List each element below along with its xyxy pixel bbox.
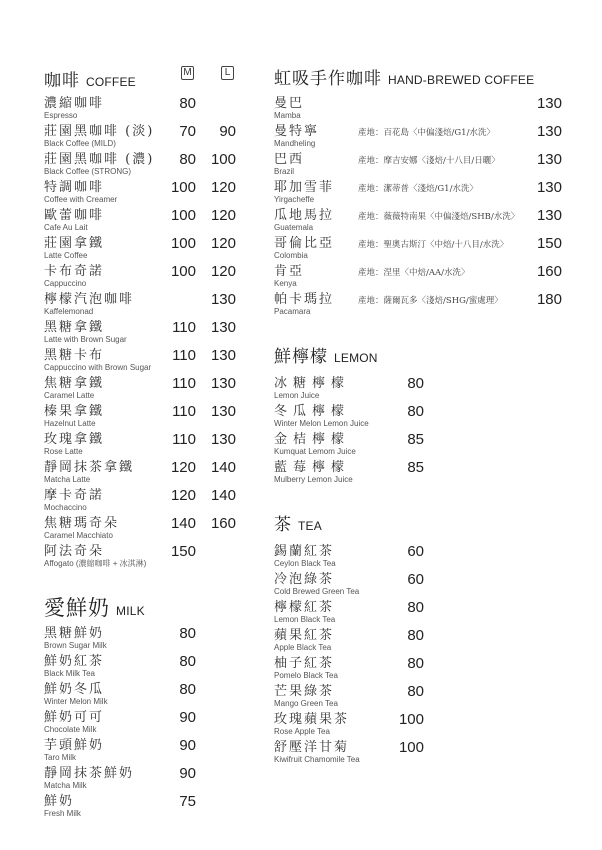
price-m: 110	[156, 432, 196, 448]
price-l: 130	[196, 348, 236, 364]
item-name-en: Coffee with Creamer	[44, 195, 117, 205]
menu-item: 鮮奶紅茶Black Milk Tea80	[44, 654, 104, 680]
item-name-zh: 金桔檸檬	[274, 432, 356, 447]
item-name-en: Mamba	[274, 111, 574, 121]
menu-item: 柚子紅茶Pomelo Black Tea80	[274, 656, 338, 682]
item-name-en: Cappuccino with Brown Sugar	[44, 363, 151, 373]
menu-item: 靜岡抹茶鮮奶Matcha Milk90	[44, 766, 134, 792]
price-m: 100	[156, 180, 196, 196]
item-name-en: Fresh Milk	[44, 809, 81, 819]
menu-item: 巴西Brazil產地：摩吉安娜〈淺焙/十八目/日曬〉130	[274, 152, 574, 178]
item-name-zh: 黑糖拿鐵	[44, 320, 127, 335]
item-name-zh: 黑糖鮮奶	[44, 626, 107, 641]
item-name-en: Cafe Au Lait	[44, 223, 104, 233]
menu-item: 冰糖檸檬Lemon Juice80	[274, 376, 350, 402]
price: 130	[522, 180, 562, 196]
item-name-en: Rose Latte	[44, 447, 104, 457]
price: 150	[522, 236, 562, 252]
price: 80	[384, 376, 424, 392]
price-l: 120	[196, 208, 236, 224]
price-l: 130	[196, 432, 236, 448]
item-name-zh: 阿法奇朵	[44, 544, 146, 559]
price-m: 110	[156, 376, 196, 392]
menu-item: 黑糖鮮奶Brown Sugar Milk80	[44, 626, 107, 652]
menu-item: 哥倫比亞Colombia產地：聖奧古斯汀〈中焙/十八目/水洗〉150	[274, 236, 574, 262]
item-name-en: Chocolate Milk	[44, 725, 104, 735]
section-title-en: HAND-BREWED COFFEE	[388, 73, 534, 87]
item-name-zh: 鮮奶	[44, 794, 81, 809]
item-name-zh: 玫瑰蘋果茶	[274, 712, 349, 727]
item-name-zh: 玫瑰拿鐵	[44, 432, 104, 447]
item-name-zh: 芋頭鮮奶	[44, 738, 104, 753]
item-name-zh: 莊園黑咖啡 (淡)	[44, 124, 154, 139]
price-l: 120	[196, 236, 236, 252]
size-l-badge: L	[221, 66, 234, 80]
item-name-zh: 錫蘭紅茶	[274, 544, 336, 559]
item-name-en: Rose Apple Tea	[274, 727, 349, 737]
item-name-zh: 靜岡抹茶鮮奶	[44, 766, 134, 781]
price-l: 130	[196, 292, 236, 308]
price-m: 100	[156, 236, 196, 252]
menu-item: 檸檬紅茶Lemon Black Tea80	[274, 600, 335, 626]
item-name-zh: 柚子紅茶	[274, 656, 338, 671]
price: 130	[522, 124, 562, 140]
item-name-en: Black Coffee (STRONG)	[44, 167, 154, 177]
item-name-en: Latte Coffee	[44, 251, 104, 261]
menu-item: 藍莓檸檬Mulberry Lemon Juice85	[274, 460, 353, 486]
menu-item: 冷泡綠茶Cold Brewed Green Tea60	[274, 572, 359, 598]
price-m: 100	[156, 208, 196, 224]
price: 80	[384, 656, 424, 672]
price-m: 120	[156, 460, 196, 476]
price: 130	[522, 96, 562, 112]
section-title-zh: 虹吸手作咖啡	[274, 64, 382, 89]
price: 180	[522, 292, 562, 308]
menu-item: 耶加雪菲Yirgacheffe產地：潔蒂普〈淺焙/G1/水洗〉130	[274, 180, 574, 206]
item-name-zh: 鮮奶可可	[44, 710, 104, 725]
section-title-en: MILK	[116, 604, 145, 618]
menu-item: 焦糖拿鐵Caramel Latte110130	[44, 376, 104, 402]
menu-item: 帕卡瑪拉Pacamara產地：薩爾瓦多〈淺焙/SHG/蜜處理〉180	[274, 292, 574, 318]
price: 80	[384, 684, 424, 700]
origin-note: 產地：薇薇特南果〈中偏淺焙/SHB/水洗〉	[358, 210, 519, 222]
price-l: 160	[196, 516, 236, 532]
item-name-zh: 莊園黑咖啡 (濃)	[44, 152, 154, 167]
item-name-zh: 冷泡綠茶	[274, 572, 359, 587]
item-name-en: Hazelnut Latte	[44, 419, 104, 429]
price: 130	[522, 152, 562, 168]
price-m: 80	[156, 96, 196, 112]
section-title-en: TEA	[298, 519, 322, 533]
menu-item: 鮮奶可可Chocolate Milk90	[44, 710, 104, 736]
price: 100	[384, 712, 424, 728]
price: 80	[156, 654, 196, 670]
item-name-zh: 檸檬紅茶	[274, 600, 335, 615]
item-name-en: Winter Melon Milk	[44, 697, 108, 707]
menu-item: 玫瑰拿鐵Rose Latte110130	[44, 432, 104, 458]
item-name-zh: 黑糖卡布	[44, 348, 151, 363]
item-name-zh: 鮮奶紅茶	[44, 654, 104, 669]
item-name-zh: 靜岡抹茶拿鐵	[44, 460, 134, 475]
menu-item: 錫蘭紅茶Ceylon Black Tea60	[274, 544, 336, 570]
menu-item: 靜岡抹茶拿鐵Matcha Latte120140	[44, 460, 134, 486]
item-name-en: Guatemala	[274, 223, 574, 233]
coffee-section-header: 咖啡 COFFEE	[44, 66, 136, 91]
item-name-en: Mulberry Lemon Juice	[274, 475, 353, 485]
menu-item: 阿法奇朵Affogato (濃縮咖啡 + 冰淇淋)150	[44, 544, 146, 570]
menu-item: 莊園黑咖啡 (濃)Black Coffee (STRONG)80100	[44, 152, 154, 178]
menu-item: 曼特寧Mandheling產地：百花島〈中偏淺焙/G1/水洗〉130	[274, 124, 574, 150]
price-m: 110	[156, 348, 196, 364]
price: 80	[384, 628, 424, 644]
item-name-en: Mochaccino	[44, 503, 104, 513]
item-name-en: Cappuccino	[44, 279, 104, 289]
section-title-zh: 愛鮮奶	[44, 592, 110, 622]
menu-item: 焦糖瑪奇朵Caramel Macchiato140160	[44, 516, 119, 542]
price-l: 120	[196, 264, 236, 280]
price-l: 140	[196, 460, 236, 476]
item-name-zh: 特調咖啡	[44, 180, 117, 195]
milk-section-header: 愛鮮奶 MILK	[44, 592, 145, 622]
item-name-zh: 莊園拿鐵	[44, 236, 104, 251]
price-l: 120	[196, 180, 236, 196]
size-m-badge: M	[181, 66, 194, 80]
menu-item: 摩卡奇諾Mochaccino120140	[44, 488, 104, 514]
price-m: 100	[156, 264, 196, 280]
item-name-en: Pomelo Black Tea	[274, 671, 338, 681]
menu-item: 舒壓洋甘菊Kiwifruit Chamomile Tea100	[274, 740, 360, 766]
price: 85	[384, 460, 424, 476]
item-name-zh: 卡布奇諾	[44, 264, 104, 279]
price: 100	[384, 740, 424, 756]
price: 75	[156, 794, 196, 810]
item-name-en: Kenya	[274, 279, 574, 289]
menu-item: 曼巴Mamba130	[274, 96, 574, 122]
item-name-en: Mandheling	[274, 139, 574, 149]
price: 130	[522, 208, 562, 224]
item-name-en: Black Coffee (MILD)	[44, 139, 154, 149]
section-title-en: LEMON	[334, 351, 378, 365]
price: 60	[384, 572, 424, 588]
menu-item: 蘋果紅茶Apple Black Tea80	[274, 628, 334, 654]
price-l: 130	[196, 376, 236, 392]
menu-item: 金桔檸檬Kumquat Lemom Juice85	[274, 432, 356, 458]
origin-note: 產地：潔蒂普〈淺焙/G1/水洗〉	[358, 182, 478, 194]
item-name-en: Black Milk Tea	[44, 669, 104, 679]
origin-note: 產地：摩吉安娜〈淺焙/十八目/日曬〉	[358, 154, 500, 166]
price-m: 70	[156, 124, 196, 140]
menu-item: 玫瑰蘋果茶Rose Apple Tea100	[274, 712, 349, 738]
item-name-en: Ceylon Black Tea	[274, 559, 336, 569]
item-name-en: Mango Green Tea	[274, 699, 338, 709]
item-name-en: Apple Black Tea	[274, 643, 334, 653]
price: 80	[384, 404, 424, 420]
menu-item: 莊園拿鐵Latte Coffee100120	[44, 236, 104, 262]
item-name-zh: 焦糖拿鐵	[44, 376, 104, 391]
item-name-zh: 鮮奶冬瓜	[44, 682, 108, 697]
price: 85	[384, 432, 424, 448]
item-name-en: Cold Brewed Green Tea	[274, 587, 359, 597]
item-name-en: Kaffelemonad	[44, 307, 134, 317]
price: 80	[156, 682, 196, 698]
price: 80	[384, 600, 424, 616]
item-name-zh: 榛果拿鐵	[44, 404, 104, 419]
section-title-zh: 咖啡	[44, 66, 80, 91]
item-name-zh: 檸檬汽泡咖啡	[44, 292, 134, 307]
item-name-en: Espresso	[44, 111, 104, 121]
menu-item: 芒果綠茶Mango Green Tea80	[274, 684, 338, 710]
item-name-en: Matcha Milk	[44, 781, 134, 791]
price-m: 110	[156, 320, 196, 336]
item-name-en: Caramel Macchiato	[44, 531, 119, 541]
price-m: 140	[156, 516, 196, 532]
section-title-zh: 鮮檸檬	[274, 342, 328, 367]
item-name-zh: 蘋果紅茶	[274, 628, 334, 643]
section-title-zh: 茶	[274, 510, 292, 535]
menu-item: 歐蕾咖啡Cafe Au Lait100120	[44, 208, 104, 234]
item-name-zh: 藍莓檸檬	[274, 460, 353, 475]
menu-item: 瓜地馬拉Guatemala產地：薇薇特南果〈中偏淺焙/SHB/水洗〉130	[274, 208, 574, 234]
menu-item: 肯亞Kenya產地：涅里〈中焙/AA/水洗〉160	[274, 264, 574, 290]
item-name-en: Taro Milk	[44, 753, 104, 763]
price: 90	[156, 738, 196, 754]
item-name-en: Lemon Black Tea	[274, 615, 335, 625]
price-l: 130	[196, 320, 236, 336]
price-m: 110	[156, 404, 196, 420]
item-name-en: Colombia	[274, 251, 574, 261]
price: 80	[156, 626, 196, 642]
item-name-en: Latte with Brown Sugar	[44, 335, 127, 345]
section-title-en: COFFEE	[86, 75, 136, 89]
item-name-en: Affogato (濃縮咖啡 + 冰淇淋)	[44, 559, 146, 569]
menu-item: 檸檬汽泡咖啡Kaffelemonad130	[44, 292, 134, 318]
origin-note: 產地：涅里〈中焙/AA/水洗〉	[358, 266, 470, 278]
price-l: 130	[196, 404, 236, 420]
origin-note: 產地：聖奧古斯汀〈中焙/十八目/水洗〉	[358, 238, 508, 250]
price-l: 90	[196, 124, 236, 140]
price-l: 140	[196, 488, 236, 504]
item-name-zh: 摩卡奇諾	[44, 488, 104, 503]
hand-brewed-section-header: 虹吸手作咖啡 HAND-BREWED COFFEE	[274, 64, 534, 89]
price-m: 120	[156, 488, 196, 504]
menu-item: 黑糖拿鐵Latte with Brown Sugar110130	[44, 320, 127, 346]
menu-item: 鮮奶Fresh Milk75	[44, 794, 81, 820]
item-name-en: Yirgacheffe	[274, 195, 574, 205]
item-name-en: Pacamara	[274, 307, 574, 317]
item-name-zh: 焦糖瑪奇朵	[44, 516, 119, 531]
item-name-en: Lemon Juice	[274, 391, 350, 401]
item-name-en: Kumquat Lemom Juice	[274, 447, 356, 457]
item-name-zh: 冬瓜檸檬	[274, 404, 369, 419]
menu-item: 冬瓜檸檬Winter Melon Lemon Juice80	[274, 404, 369, 430]
item-name-zh: 冰糖檸檬	[274, 376, 350, 391]
item-name-zh: 濃縮咖啡	[44, 96, 104, 111]
menu-item: 黑糖卡布Cappuccino with Brown Sugar110130	[44, 348, 151, 374]
menu-item: 榛果拿鐵Hazelnut Latte110130	[44, 404, 104, 430]
menu-item: 鮮奶冬瓜Winter Melon Milk80	[44, 682, 108, 708]
price: 60	[384, 544, 424, 560]
price-l: 100	[196, 152, 236, 168]
item-name-zh: 芒果綠茶	[274, 684, 338, 699]
price: 90	[156, 710, 196, 726]
item-name-en: Winter Melon Lemon Juice	[274, 419, 369, 429]
lemon-section-header: 鮮檸檬 LEMON	[274, 342, 378, 367]
item-name-en: Matcha Latte	[44, 475, 134, 485]
item-name-en: Brazil	[274, 167, 574, 177]
menu-item: 芋頭鮮奶Taro Milk90	[44, 738, 104, 764]
item-name-zh: 歐蕾咖啡	[44, 208, 104, 223]
price: 90	[156, 766, 196, 782]
origin-note: 產地：百花島〈中偏淺焙/G1/水洗〉	[358, 126, 495, 138]
tea-section-header: 茶 TEA	[274, 510, 322, 535]
menu-item: 卡布奇諾Cappuccino100120	[44, 264, 104, 290]
price-m: 150	[156, 544, 196, 560]
item-name-zh: 舒壓洋甘菊	[274, 740, 360, 755]
menu-item: 莊園黑咖啡 (淡)Black Coffee (MILD)7090	[44, 124, 154, 150]
origin-note: 產地：薩爾瓦多〈淺焙/SHG/蜜處理〉	[358, 294, 503, 306]
item-name-en: Brown Sugar Milk	[44, 641, 107, 651]
item-name-en: Kiwifruit Chamomile Tea	[274, 755, 360, 765]
menu-item: 特調咖啡Coffee with Creamer100120	[44, 180, 117, 206]
menu-item: 濃縮咖啡Espresso80	[44, 96, 104, 122]
item-name-en: Caramel Latte	[44, 391, 104, 401]
price-m: 80	[156, 152, 196, 168]
price: 160	[522, 264, 562, 280]
